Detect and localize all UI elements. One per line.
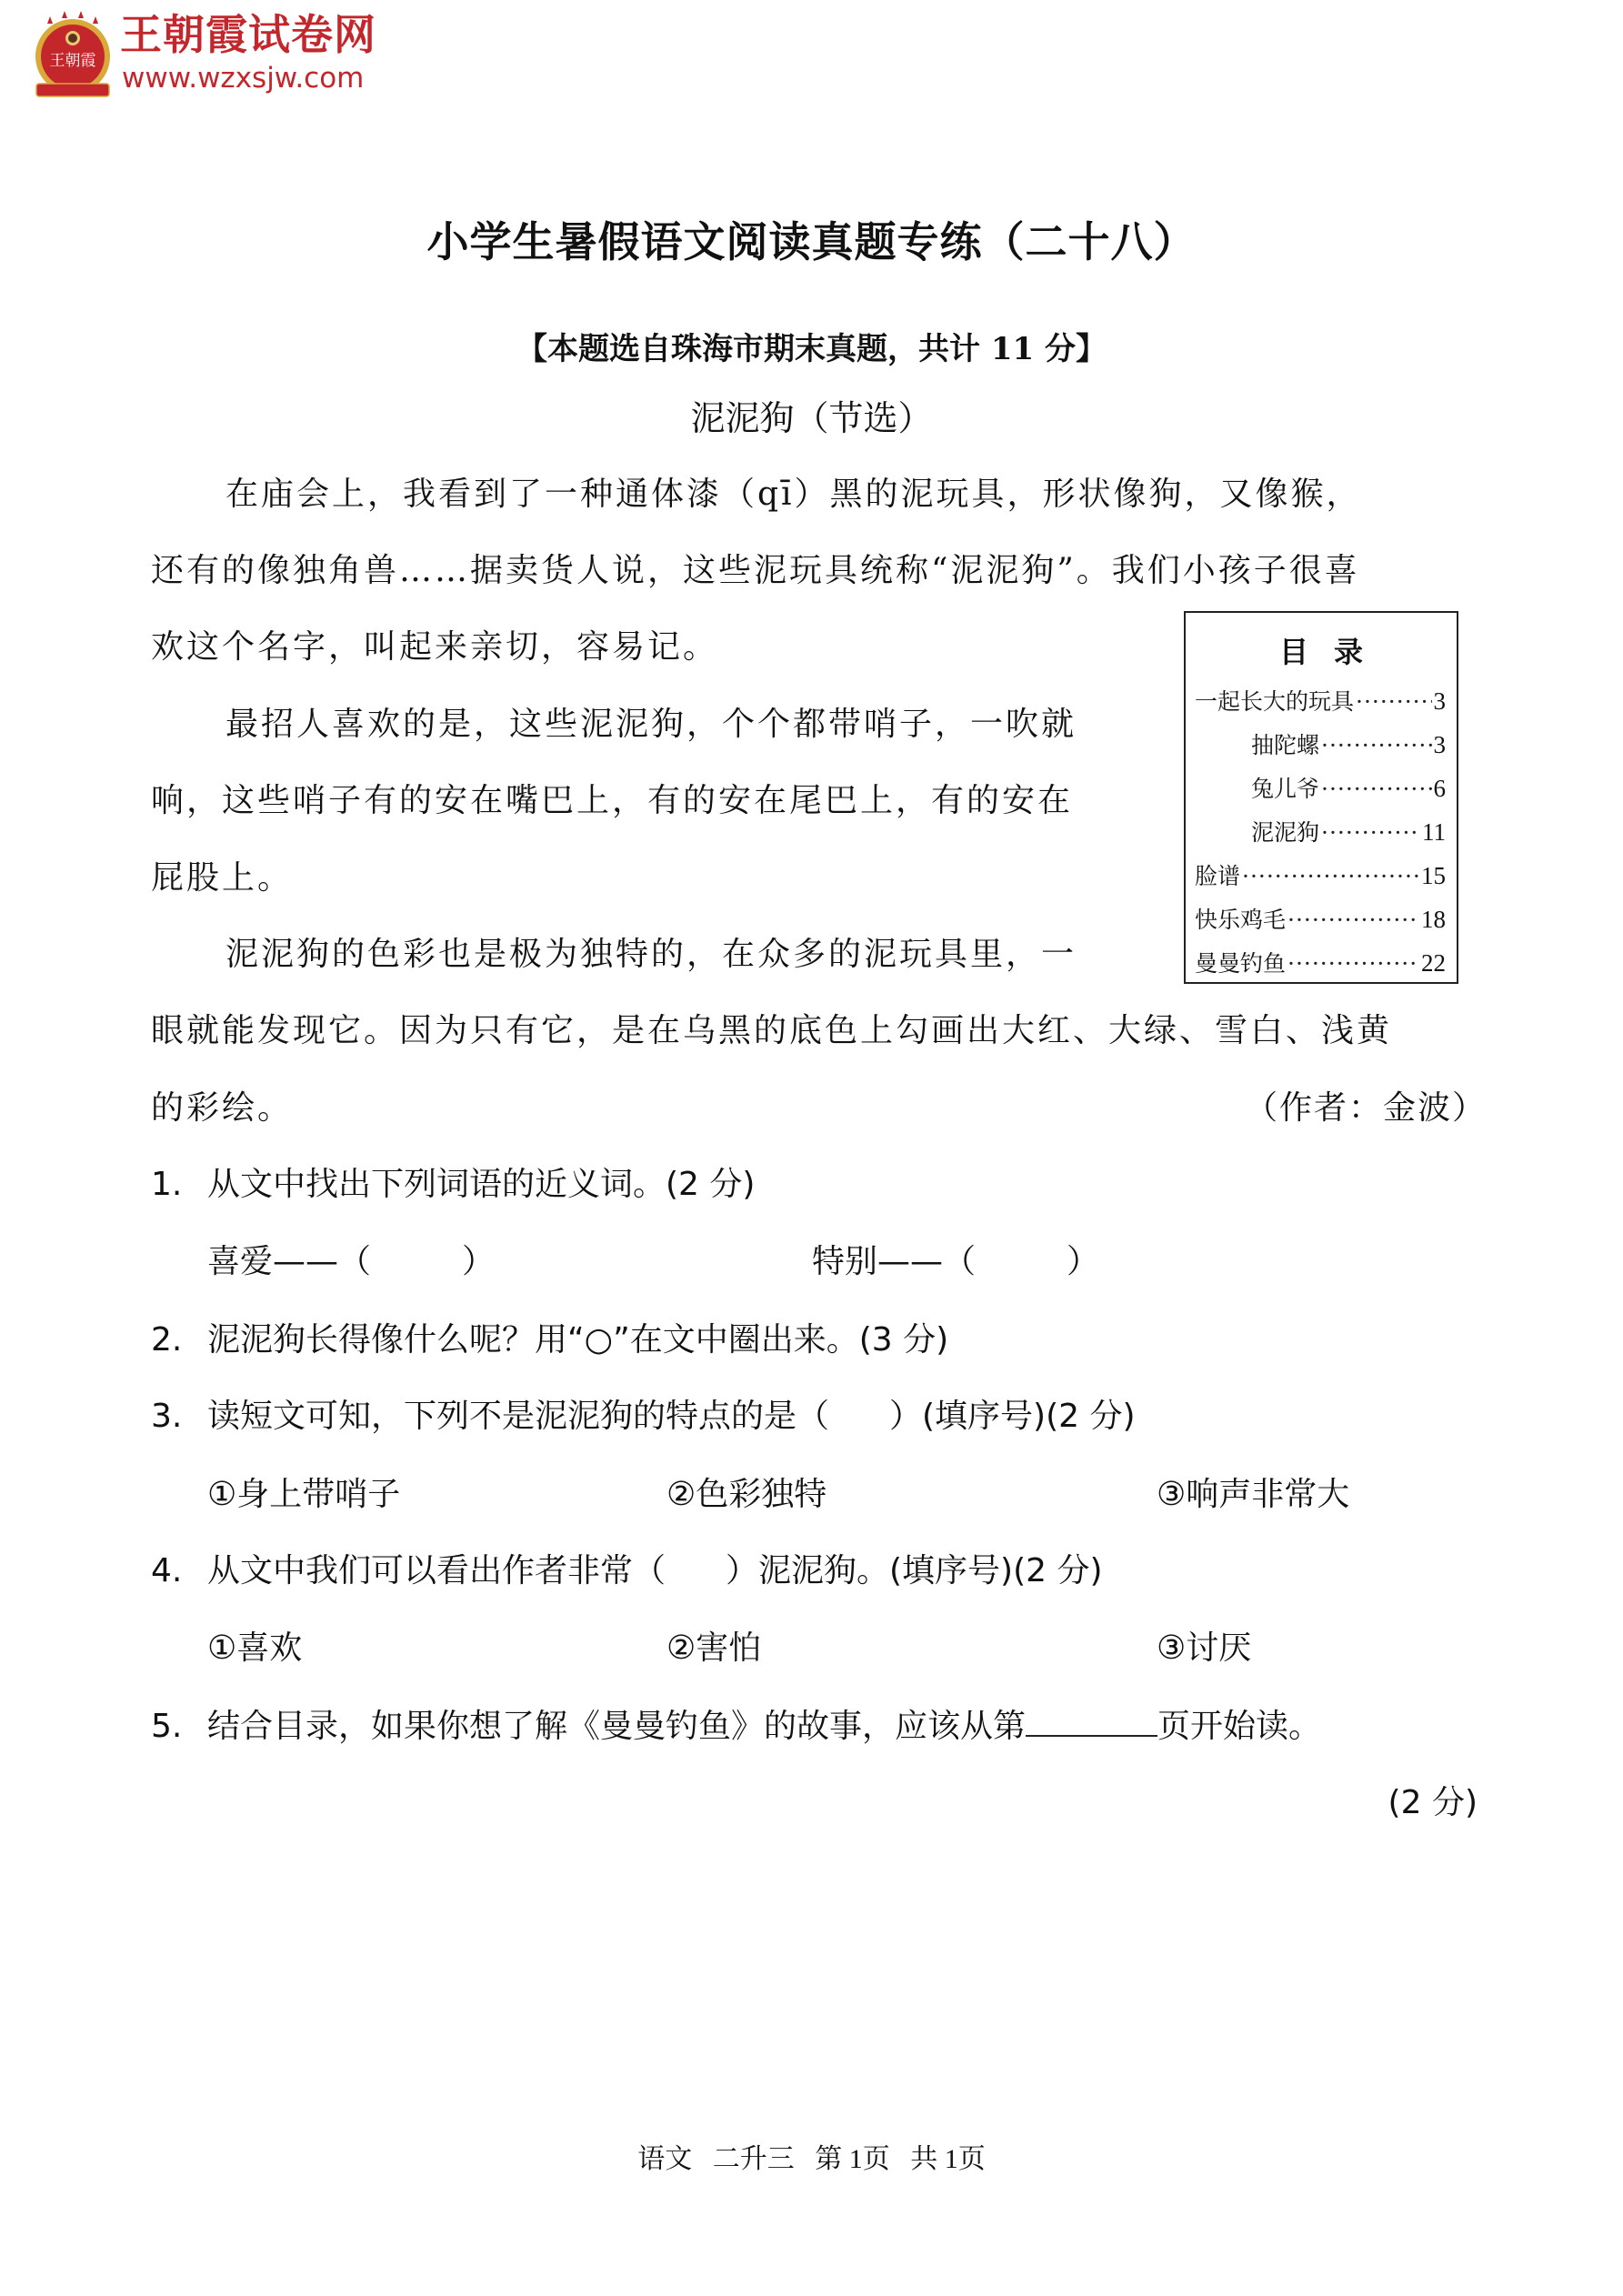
toc-item-page: 15 <box>1421 862 1446 889</box>
question-number: 2. <box>151 1318 207 1362</box>
question-2: 2.泥泥狗长得像什么呢？用“○”在文中圈出来。(3 分) <box>151 1318 948 1362</box>
question-4: 4.从文中我们可以看出作者非常（）泥泥狗。(填序号)(2 分) <box>151 1549 1103 1593</box>
question-text: 结合目录，如果你想了解《曼曼钓鱼》的故事，应该从第 <box>207 1708 1026 1745</box>
dot-leader <box>1321 776 1431 803</box>
question-1: 1.从文中找出下列词语的近义词。(2 分) <box>151 1163 755 1207</box>
synonym-prompt: 喜爱——（ <box>207 1243 371 1280</box>
passage-line: 最招人喜欢的是，这些泥泥狗，个个都带哨子，一吹就 <box>225 703 1077 747</box>
close-paren: ） <box>462 1243 495 1280</box>
question-text-tail: 页开始读。 <box>1157 1708 1321 1745</box>
option-3: ③响声非常大 <box>1157 1473 1349 1517</box>
toc-title: 目录 <box>1186 629 1457 671</box>
toc-item-label: 抽陀螺 <box>1251 732 1319 759</box>
toc-item-page: 18 <box>1421 906 1446 933</box>
dot-leader <box>1287 950 1419 978</box>
dot-leader <box>1242 863 1419 890</box>
passage-line: 响，这些哨子有的安在嘴巴上，有的安在尾巴上，有的安在 <box>151 779 1073 823</box>
page-number-blank[interactable] <box>1026 1708 1157 1737</box>
toc-item-label: 快乐鸡毛 <box>1195 907 1286 934</box>
toc-item-label: 泥泥狗 <box>1251 819 1319 847</box>
close-paren: ） <box>1067 1243 1099 1280</box>
site-logo-badge: 王朝霞 <box>27 11 118 102</box>
toc-item-label: 脸谱 <box>1195 863 1240 890</box>
dot-leader <box>1287 907 1419 934</box>
question-number: 3. <box>151 1395 207 1439</box>
synonym-pair-2[interactable]: 特别——（） <box>812 1240 1099 1284</box>
dot-leader <box>1321 819 1420 847</box>
toc-item-page: 6 <box>1434 775 1447 802</box>
page-title: 小学生暑假语文阅读真题专练（二十八） <box>0 215 1623 269</box>
option-3: ③讨厌 <box>1157 1627 1251 1670</box>
passage-line: 在庙会上，我看到了一种通体漆（qī）黑的泥玩具，形状像狗，又像猴， <box>225 473 1362 516</box>
toc-item-page: 3 <box>1434 731 1447 758</box>
toc-item: 曼曼钓鱼 22 <box>1195 949 1446 978</box>
toc-item: 快乐鸡毛 18 <box>1195 906 1446 934</box>
question-text: 泥泥狗长得像什么呢？用“○”在文中圈出来。(3 分) <box>207 1321 948 1359</box>
site-name: 王朝霞试卷网 <box>120 9 376 60</box>
dot-leader <box>1321 732 1431 759</box>
passage-line: 屁股上。 <box>151 857 293 900</box>
option-2: ②害怕 <box>666 1627 761 1670</box>
question-5: 5.结合目录，如果你想了解《曼曼钓鱼》的故事，应该从第页开始读。 <box>151 1705 1321 1749</box>
option-1: ①喜欢 <box>207 1627 302 1670</box>
question-3: 3.读短文可知，下列不是泥泥狗的特点的是（）(填序号)(2 分) <box>151 1395 1136 1439</box>
site-url[interactable]: www.wzxsjw.com <box>122 60 364 96</box>
question-number: 5. <box>151 1705 207 1749</box>
passage-line: 欢这个名字，叫起来亲切，容易记。 <box>151 626 718 669</box>
passage-title: 泥泥狗（节选） <box>0 396 1623 440</box>
synonym-prompt: 特别——（ <box>812 1243 976 1280</box>
question-5-score: (2 分) <box>1388 1781 1478 1825</box>
toc-item: 兔儿爷 6 <box>1251 775 1446 803</box>
question-number: 4. <box>151 1549 207 1593</box>
passage-line: 还有的像独角兽……据卖货人说，这些泥玩具统称“泥泥狗”。我们小孩子很喜 <box>151 549 1360 593</box>
question-text: 从文中找出下列词语的近义词。(2 分) <box>207 1166 755 1203</box>
synonym-pair-1[interactable]: 喜爱——（） <box>207 1240 495 1284</box>
svg-text:王朝霞: 王朝霞 <box>50 52 96 70</box>
logo-medal-icon: 王朝霞 <box>27 11 118 102</box>
passage-line: 眼就能发现它。因为只有它，是在乌黑的底色上勾画出大红、大绿、雪白、浅黄 <box>151 1009 1392 1053</box>
toc-item-page: 11 <box>1422 818 1446 846</box>
passage-line: 泥泥狗的色彩也是极为独特的，在众多的泥玩具里，一 <box>225 933 1077 977</box>
toc-item: 抽陀螺 3 <box>1251 731 1446 759</box>
toc-item: 脸谱 15 <box>1195 862 1446 890</box>
author-credit: （作者：金波） <box>1245 1087 1487 1130</box>
option-2: ②色彩独特 <box>666 1473 827 1517</box>
passage-line: 的彩绘。 <box>151 1087 293 1130</box>
question-text: 从文中我们可以看出作者非常（ <box>207 1552 666 1589</box>
page-footer: 语文 二升三 第 1页 共 1页 <box>0 2142 1623 2177</box>
option-1: ①身上带哨子 <box>207 1473 400 1517</box>
table-of-contents: 目录 一起长大的玩具 3 抽陀螺 3 兔儿爷 6 泥泥狗 11 脸谱 15 快乐… <box>1184 611 1458 984</box>
toc-item: 泥泥狗 11 <box>1251 818 1446 847</box>
toc-item: 一起长大的玩具 3 <box>1195 687 1446 716</box>
dot-leader <box>1356 688 1431 716</box>
source-note: 【本题选自珠海市期末真题，共计 11 分】 <box>0 329 1623 369</box>
toc-item-page: 22 <box>1421 949 1446 977</box>
question-text-tail: ）泥泥狗。(填序号)(2 分) <box>726 1552 1103 1589</box>
question-text: 读短文可知，下列不是泥泥狗的特点的是（ <box>207 1398 829 1435</box>
toc-item-label: 一起长大的玩具 <box>1195 688 1354 716</box>
toc-item-label: 曼曼钓鱼 <box>1195 950 1286 978</box>
toc-item-label: 兔儿爷 <box>1251 776 1319 803</box>
toc-item-page: 3 <box>1434 687 1447 715</box>
question-number: 1. <box>151 1163 207 1207</box>
question-text-tail: ）(填序号)(2 分) <box>889 1398 1136 1435</box>
